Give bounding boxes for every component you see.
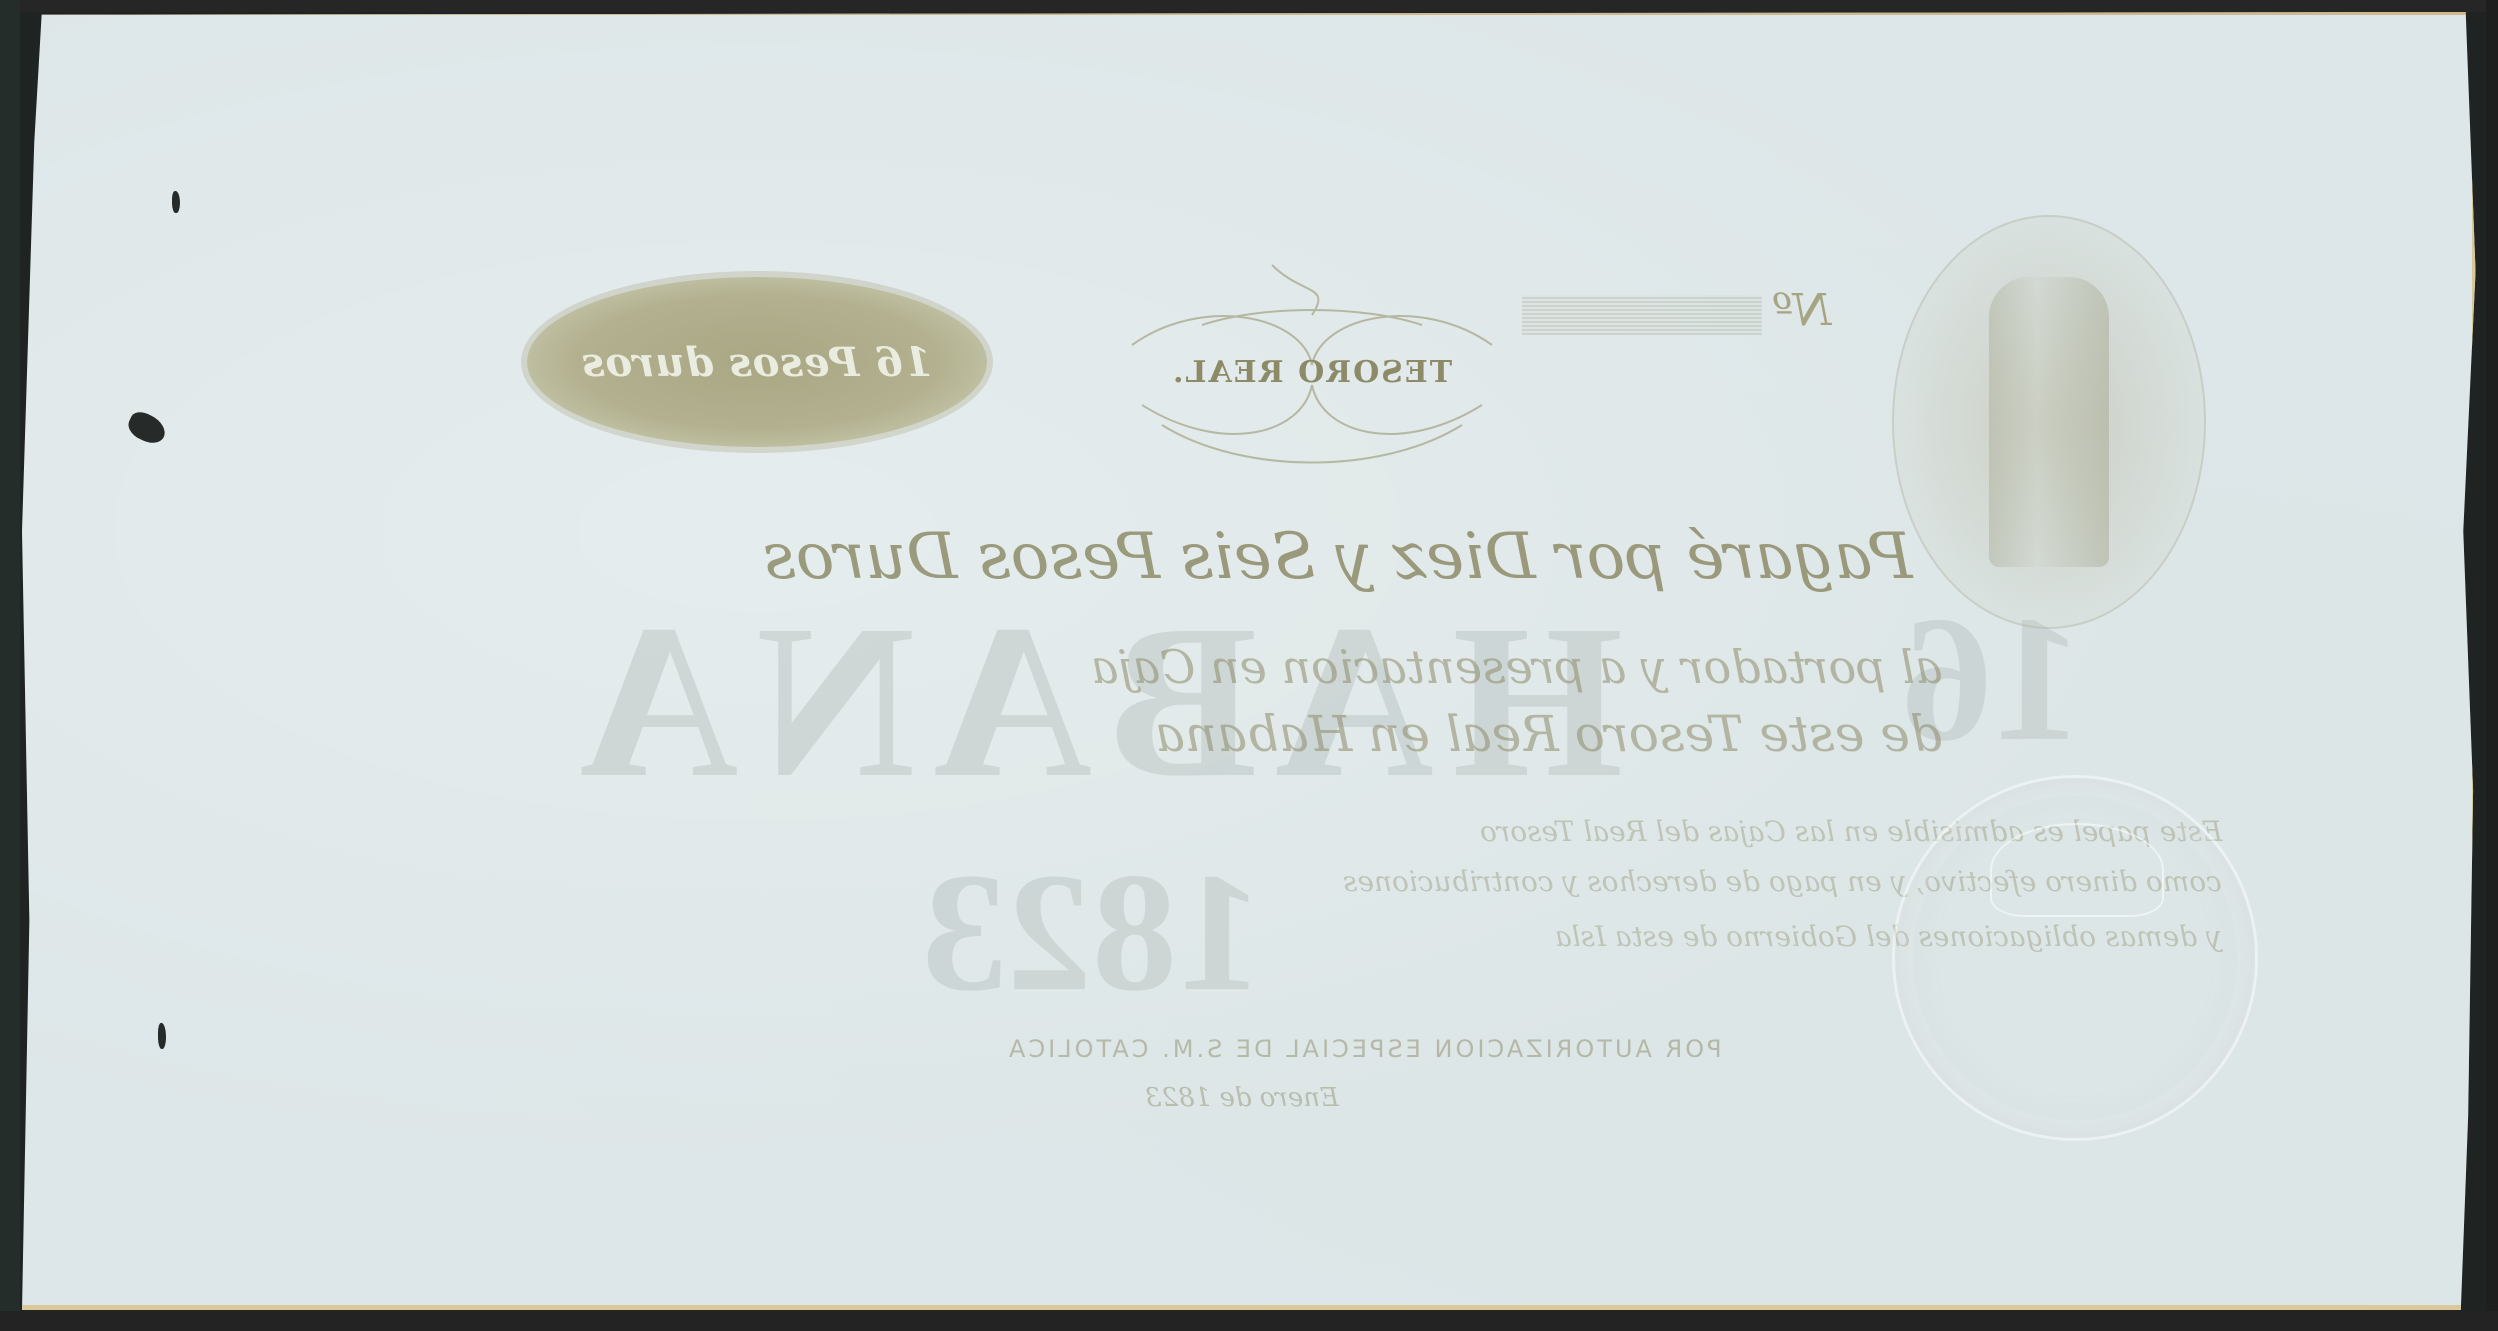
pin-hole (172, 191, 180, 213)
scan-frame-bottom (0, 1311, 2498, 1331)
crown-icon (1990, 823, 2164, 917)
denomination-oval: 16 Pesos duros (527, 277, 987, 447)
date-line: Enero de 1823 (1042, 1083, 1442, 1113)
banknote-paper: HABANA 1823 16 16 Pesos duros TESORO REA… (22, 12, 2478, 1310)
scan-frame-top (0, 0, 2498, 12)
serial-number-field: Nº (1522, 285, 1872, 345)
torn-hole (124, 408, 169, 448)
watermark-word: HABANA (562, 575, 1623, 828)
allegorical-vignette (1892, 215, 2206, 629)
embossed-seal (1892, 775, 2258, 1141)
main-script-line: Pagaré por Diez y Seis Pesos Duros (492, 520, 1912, 594)
script-line-3: de este Tesoro Real en Habana (642, 705, 1942, 763)
scan-frame-left (0, 0, 20, 1331)
scan-frame-right (2486, 0, 2498, 1331)
number-label: Nº (1772, 285, 1831, 336)
tesoro-real-cartouche: TESORO REAL. (1102, 255, 1522, 485)
script-line-2: al portador y a presentacion en Caja (642, 640, 1942, 694)
standing-figure-icon (1989, 277, 2109, 567)
serial-number-blank (1522, 295, 1762, 335)
pin-hole (158, 1023, 166, 1049)
denomination-text: 16 Pesos duros (581, 339, 932, 386)
authorization-line: POR AUTORIZACION ESPECIAL DE S.M. CATOLI… (482, 1035, 1722, 1063)
issuer-label: TESORO REAL. (1112, 355, 1512, 390)
